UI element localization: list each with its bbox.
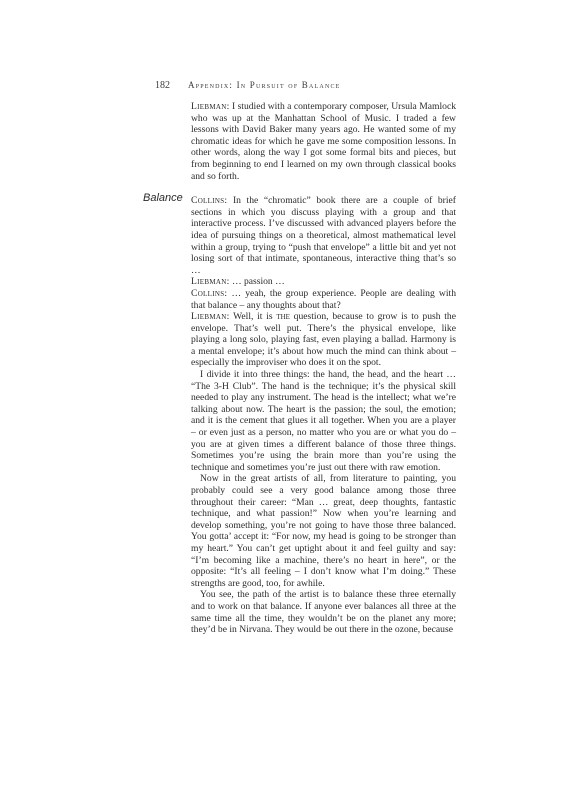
- speaker-label: Liebman:: [191, 276, 230, 287]
- margin-heading: Balance: [143, 192, 183, 204]
- speaker-label: Liebman:: [191, 101, 230, 112]
- paragraph: Liebman: I studied with a contemporary c…: [191, 101, 456, 182]
- running-title: Appendix: In Pursuit of Balance: [188, 80, 341, 90]
- paragraph: I divide it into three things: the hand,…: [191, 369, 456, 473]
- page-number: 182: [155, 80, 188, 91]
- paragraph: Collins: In the “chromatic” book there a…: [191, 195, 456, 276]
- running-head: 182Appendix: In Pursuit of Balance: [155, 80, 341, 91]
- paragraph: Now in the great artists of all, from li…: [191, 473, 456, 589]
- paragraph: Liebman: Well, it is the question, becau…: [191, 311, 456, 369]
- emphasis: the: [276, 311, 290, 322]
- speaker-label: Collins:: [191, 288, 227, 299]
- speaker-label: Liebman:: [191, 311, 230, 322]
- paragraph: Collins: … yeah, the group experience. P…: [191, 288, 456, 311]
- body-text: Liebman: I studied with a contemporary c…: [191, 101, 456, 636]
- paragraph: Liebman: … passion …: [191, 276, 456, 288]
- paragraph: You see, the path of the artist is to ba…: [191, 589, 456, 635]
- speaker-label: Collins:: [191, 195, 227, 206]
